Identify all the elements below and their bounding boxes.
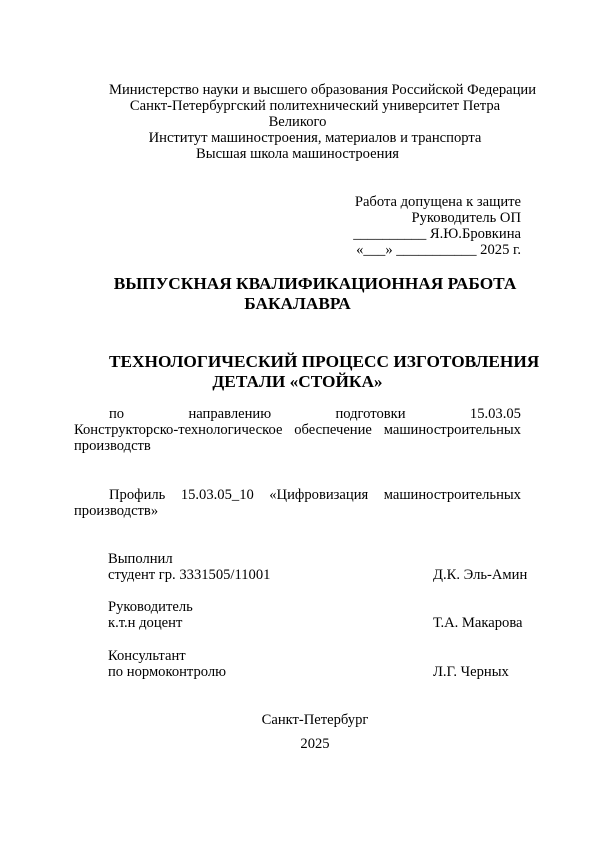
direction-word: Конструкторско-технологическое [74, 422, 282, 438]
signature-detail: студент гр. 3331505/11001 [108, 567, 270, 583]
direction-line-1: по направлению подготовки 15.03.05 [109, 406, 521, 422]
institute-line: Институт машиностроения, материалов и тр… [109, 130, 521, 146]
direction-word: подготовки [335, 406, 405, 422]
approval-head: Руководитель ОП [300, 210, 521, 226]
signature-role: Руководитель [108, 599, 193, 615]
approval-admitted: Работа допущена к защите [300, 194, 521, 210]
signature-name: Л.Г. Черных [433, 664, 509, 680]
profile-word: «Цифровизация [269, 487, 368, 503]
approval-signature: __________ Я.Ю.Бровкина [300, 226, 521, 242]
signature-role: Консультант [108, 648, 186, 664]
signature-detail: по нормоконтролю [108, 664, 226, 680]
profile-line-1: Профиль 15.03.05_10 «Цифровизация машино… [109, 487, 521, 503]
profile-code: 15.03.05_10 [181, 487, 254, 503]
signature-role: Выполнил [108, 551, 173, 567]
direction-line-3: производств [74, 438, 151, 454]
footer-city: Санкт-Петербург [109, 712, 521, 728]
profile-word: машиностроительных [384, 487, 521, 503]
footer-year: 2025 [109, 736, 521, 752]
title-page: Министерство науки и высшего образования… [0, 0, 596, 842]
topic-line-1: ТЕХНОЛОГИЧЕСКИЙ ПРОЦЕСС ИЗГОТОВЛЕНИЯ [109, 352, 521, 372]
direction-word: по [109, 406, 124, 422]
approval-date: «___» ___________ 2025 г. [300, 242, 521, 258]
direction-line-2: Конструкторско-технологическое обеспечен… [74, 422, 521, 438]
school-line: Высшая школа машиностроения [74, 146, 521, 162]
signature-name: Т.А. Макарова [433, 615, 523, 631]
direction-code: 15.03.05 [470, 406, 521, 422]
work-type-line-2: БАКАЛАВРА [74, 294, 521, 314]
profile-word: Профиль [109, 487, 165, 503]
direction-word: машиностроительных [384, 422, 521, 438]
ministry-line: Министерство науки и высшего образования… [109, 82, 521, 98]
university-line-2: Великого [74, 114, 521, 130]
profile-line-2: производств» [74, 503, 158, 519]
signature-name: Д.К. Эль-Амин [433, 567, 527, 583]
topic-line-2: ДЕТАЛИ «СТОЙКА» [74, 372, 521, 392]
university-line-1: Санкт-Петербургский политехнический унив… [109, 98, 521, 114]
direction-word: направлению [188, 406, 271, 422]
work-type-line-1: ВЫПУСКНАЯ КВАЛИФИКАЦИОННАЯ РАБОТА [109, 274, 521, 294]
signature-detail: к.т.н доцент [108, 615, 182, 631]
direction-word: обеспечение [294, 422, 372, 438]
